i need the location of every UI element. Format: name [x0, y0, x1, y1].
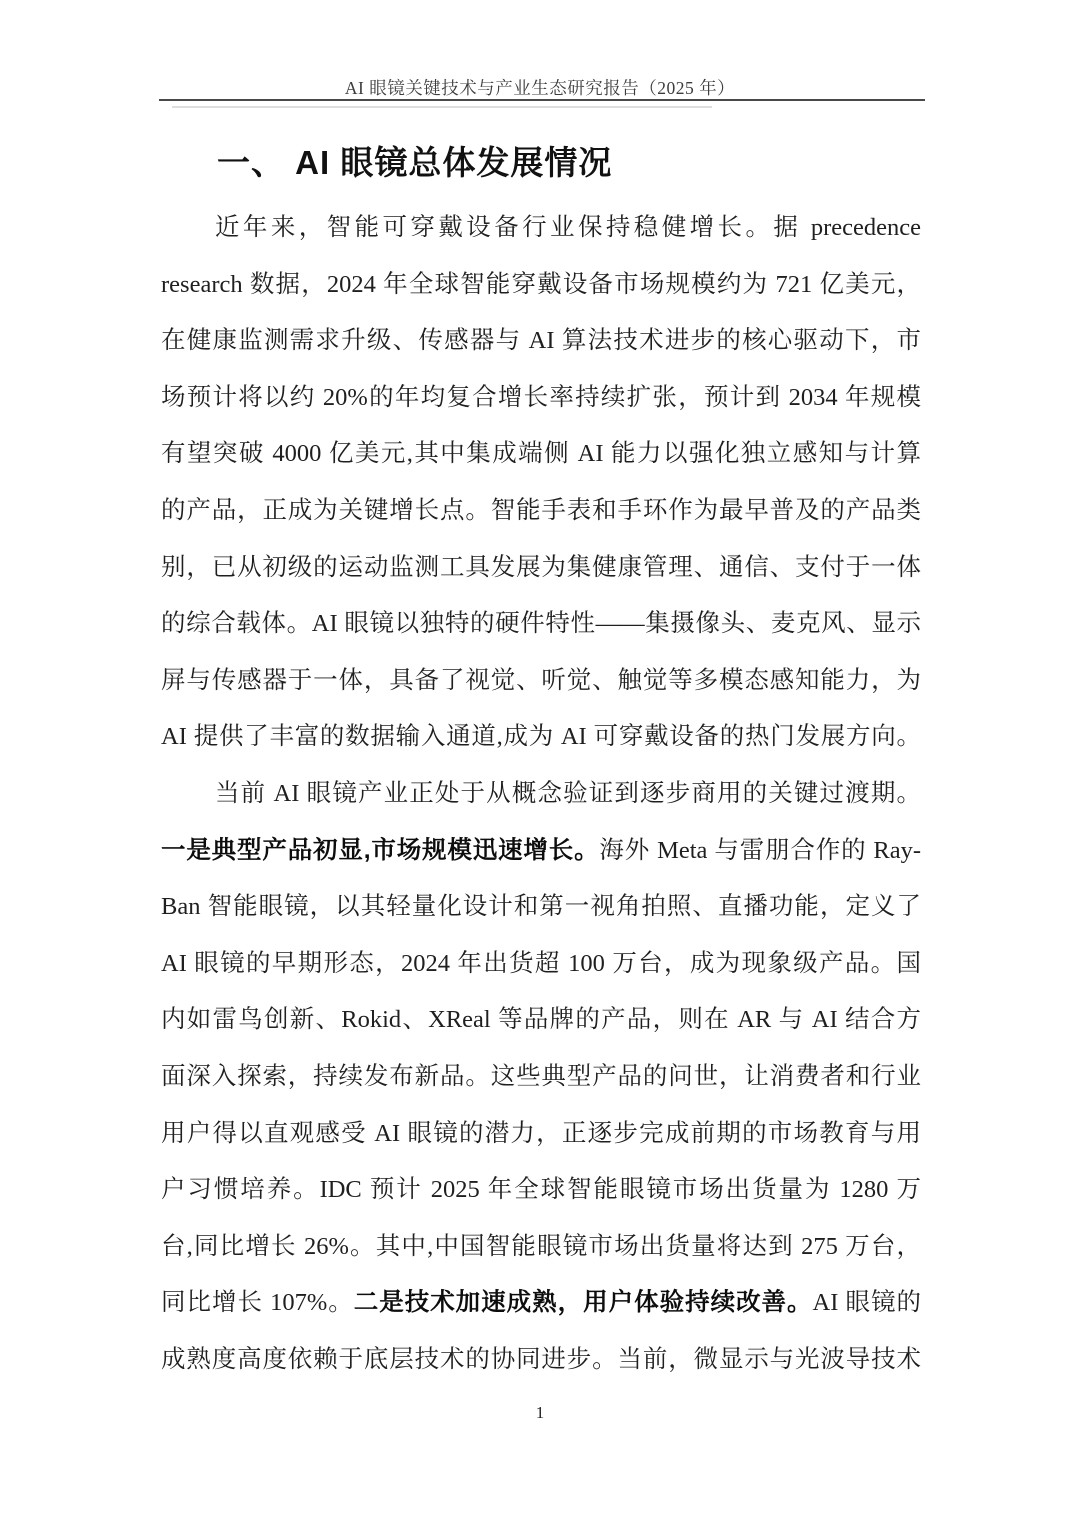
body-segment: AI 提供了丰富的数据输入通道,成为 AI 可穿戴设备的热门发展方向。 [161, 723, 921, 750]
body-segment: 屏与传感器于一体，具备了视觉、听觉、触觉等多模态感知能力，为 [161, 667, 921, 694]
document-page: AI 眼镜关键技术与产业生态研究报告（2025 年） 一、 AI 眼镜总体发展情… [0, 0, 1080, 1527]
body-segment: 有望突破 4000 亿美元,其中集成端侧 AI 能力以强化独立感知与计算 [161, 440, 921, 467]
body-line: 当前 AI 眼镜产业正处于从概念验证到逐步商用的关键过渡期。 [161, 766, 921, 823]
body-segment: research 数据，2024 年全球智能穿戴设备市场规模约为 721 亿美元… [161, 271, 921, 298]
body-line: 台,同比增长 26%。其中,中国智能眼镜市场出货量将达到 275 万台， [161, 1219, 921, 1276]
body-line: 有望突破 4000 亿美元,其中集成端侧 AI 能力以强化独立感知与计算 [161, 426, 921, 483]
body-line: 用户得以直观感受 AI 眼镜的潜力，正逐步完成前期的市场教育与用 [161, 1106, 921, 1163]
body-segment: 面深入探索，持续发布新品。这些典型产品的问世，让消费者和行业 [161, 1063, 921, 1090]
body-line: 的综合载体。AI 眼镜以独特的硬件特性——集摄像头、麦克风、显示 [161, 596, 921, 653]
running-header-title: AI 眼镜关键技术与产业生态研究报告（2025 年） [0, 78, 1080, 98]
page-number: 1 [0, 1403, 1080, 1423]
header-rule [159, 99, 925, 101]
body-segment: AI 眼镜的早期形态，2024 年出货超 100 万台，成为现象级产品。国 [161, 950, 921, 977]
body-segment: 台,同比增长 26%。其中,中国智能眼镜市场出货量将达到 275 万台， [161, 1233, 921, 1260]
body-segment: 近年来，智能可穿戴设备行业保持稳健增长。据 precedence [215, 214, 921, 241]
body-line: 户习惯培养。IDC 预计 2025 年全球智能眼镜市场出货量为 1280 万 [161, 1162, 921, 1219]
body-segment: Ban 智能眼镜，以其轻量化设计和第一视角拍照、直播功能，定义了 [161, 893, 921, 920]
body-segment: 用户得以直观感受 AI 眼镜的潜力，正逐步完成前期的市场教育与用 [161, 1120, 921, 1147]
body-line: 别，已从初级的运动监测工具发展为集健康管理、通信、支付于一体 [161, 540, 921, 597]
body-line: 屏与传感器于一体，具备了视觉、听觉、触觉等多模态感知能力，为 [161, 653, 921, 710]
body-segment: 同比增长 107%。 [161, 1289, 354, 1316]
section-heading: 一、 AI 眼镜总体发展情况 [161, 143, 921, 183]
body-segment: 的综合载体。AI 眼镜以独特的硬件特性——集摄像头、麦克风、显示 [161, 610, 921, 637]
body-line: 成熟度高度依赖于底层技术的协同进步。当前，微显示与光波导技术 [161, 1332, 921, 1389]
body-segment-bold: 一是典型产品初显,市场规模迅速增长。 [161, 837, 599, 864]
body-line: 内如雷鸟创新、Rokid、XReal 等品牌的产品，则在 AR 与 AI 结合方 [161, 992, 921, 1049]
body-line: 一是典型产品初显,市场规模迅速增长。海外 Meta 与雷朋合作的 Ray- [161, 823, 921, 880]
body-segment: 当前 AI 眼镜产业正处于从概念验证到逐步商用的关键过渡期。 [215, 780, 921, 807]
body-line: AI 眼镜的早期形态，2024 年出货超 100 万台，成为现象级产品。国 [161, 936, 921, 993]
body-segment: 户习惯培养。IDC 预计 2025 年全球智能眼镜市场出货量为 1280 万 [161, 1176, 921, 1203]
body-line: 场预计将以约 20%的年均复合增长率持续扩张，预计到 2034 年规模 [161, 370, 921, 427]
body-line: 同比增长 107%。二是技术加速成熟，用户体验持续改善。AI 眼镜的 [161, 1275, 921, 1332]
body-segment: 海外 Meta 与雷朋合作的 Ray- [599, 837, 921, 864]
body-segment: AI 眼镜的 [813, 1289, 921, 1316]
body-line: 的产品，正成为关键增长点。智能手表和手环作为最早普及的产品类 [161, 483, 921, 540]
body-segment-bold: 二是技术加速成熟，用户体验持续改善。 [354, 1289, 813, 1316]
body-line: AI 提供了丰富的数据输入通道,成为 AI 可穿戴设备的热门发展方向。 [161, 709, 921, 766]
body-segment: 别，已从初级的运动监测工具发展为集健康管理、通信、支付于一体 [161, 554, 921, 581]
body-segment: 的产品，正成为关键增长点。智能手表和手环作为最早普及的产品类 [161, 497, 921, 524]
body-line: Ban 智能眼镜，以其轻量化设计和第一视角拍照、直播功能，定义了 [161, 879, 921, 936]
body-line: 面深入探索，持续发布新品。这些典型产品的问世，让消费者和行业 [161, 1049, 921, 1106]
body-line: 近年来，智能可穿戴设备行业保持稳健增长。据 precedence [161, 200, 921, 257]
body-segment: 场预计将以约 20%的年均复合增长率持续扩张，预计到 2034 年规模 [161, 384, 921, 411]
body-line: 在健康监测需求升级、传感器与 AI 算法技术进步的核心驱动下，市 [161, 313, 921, 370]
body-segment: 内如雷鸟创新、Rokid、XReal 等品牌的产品，则在 AR 与 AI 结合方 [161, 1006, 921, 1033]
body-text: 近年来，智能可穿戴设备行业保持稳健增长。据 precedenceresearch… [161, 200, 921, 1388]
body-line: research 数据，2024 年全球智能穿戴设备市场规模约为 721 亿美元… [161, 257, 921, 314]
body-segment: 在健康监测需求升级、传感器与 AI 算法技术进步的核心驱动下，市 [161, 327, 921, 354]
header-rule-shadow [172, 106, 712, 108]
body-segment: 成熟度高度依赖于底层技术的协同进步。当前，微显示与光波导技术 [161, 1346, 921, 1373]
